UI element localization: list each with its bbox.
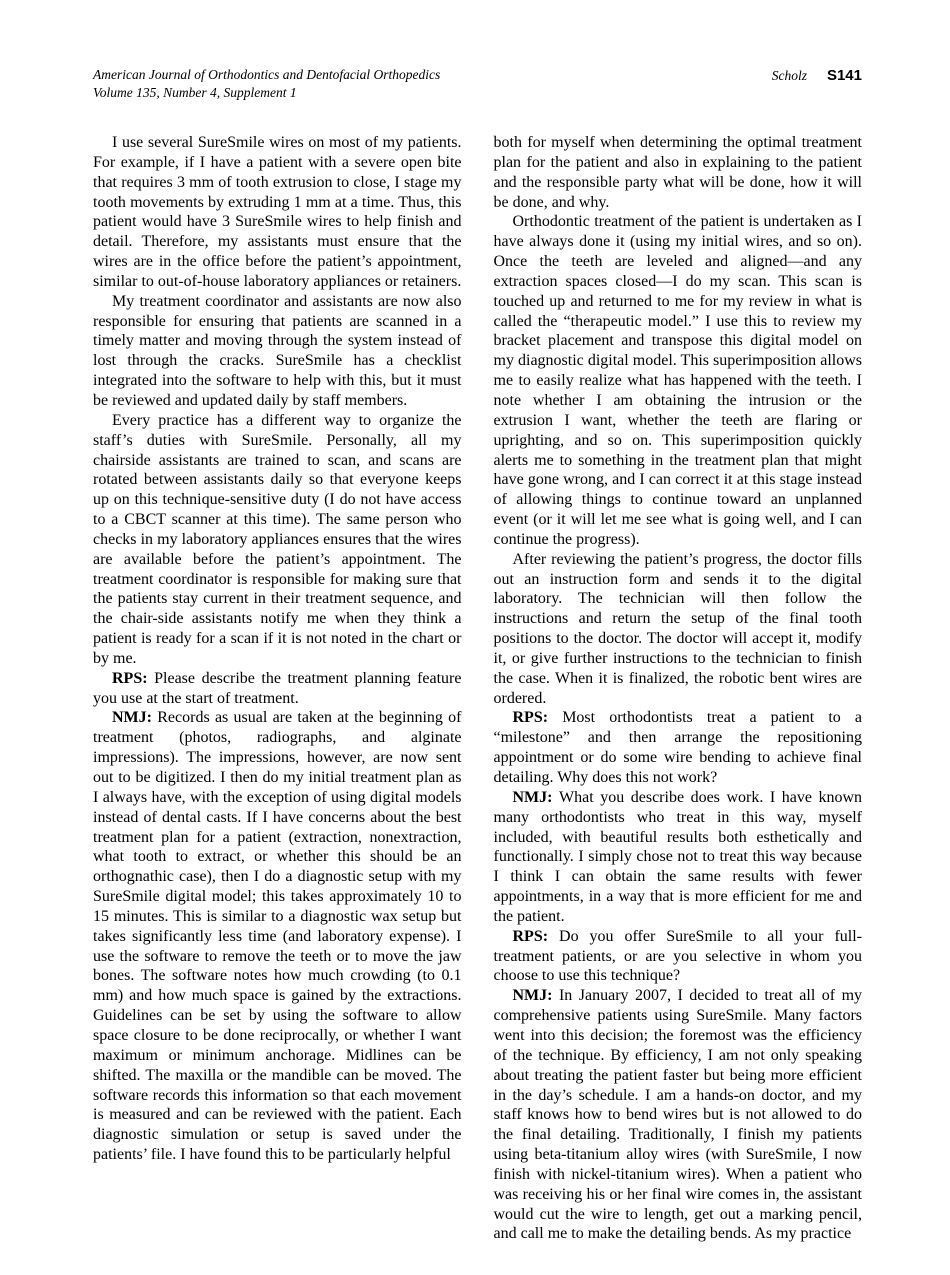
paragraph: RPS: Most orthodontists treat a patient … <box>494 708 863 787</box>
speaker-label: RPS: <box>112 670 154 687</box>
speaker-label: RPS: <box>513 928 560 945</box>
paragraph: After reviewing the patient’s progress, … <box>494 550 863 709</box>
journal-issue: Volume 135, Number 4, Supplement 1 <box>93 84 440 102</box>
paragraph: both for myself when determining the opt… <box>494 133 863 212</box>
paragraph: I use several SureSmile wires on most of… <box>93 133 462 292</box>
paragraph: Orthodontic treatment of the patient is … <box>494 212 863 549</box>
paragraph: RPS: Do you offer SureSmile to all your … <box>494 927 863 987</box>
paragraph: NMJ: Records as usual are taken at the b… <box>93 708 462 1164</box>
page-header: American Journal of Orthodontics and Den… <box>93 66 862 102</box>
speaker-label: NMJ: <box>513 987 559 1004</box>
paragraph: NMJ: In January 2007, I decided to treat… <box>494 986 863 1244</box>
paragraph: My treatment coordinator and assistants … <box>93 292 462 411</box>
running-head: Scholz S141 <box>772 66 862 85</box>
journal-page: American Journal of Orthodontics and Den… <box>0 0 950 1275</box>
journal-title: American Journal of Orthodontics and Den… <box>93 66 440 84</box>
article-body: I use several SureSmile wires on most of… <box>93 133 862 1244</box>
page-number: S141 <box>827 67 862 84</box>
speaker-label: NMJ: <box>513 789 560 806</box>
speaker-label: NMJ: <box>112 709 157 726</box>
paragraph: Every practice has a different way to or… <box>93 411 462 669</box>
paragraph: RPS: Please describe the treatment plann… <box>93 669 462 709</box>
right-column: both for myself when determining the opt… <box>494 133 863 1244</box>
journal-info: American Journal of Orthodontics and Den… <box>93 66 440 102</box>
speaker-label: RPS: <box>513 709 563 726</box>
paragraph: NMJ: What you describe does work. I have… <box>494 788 863 927</box>
author-name: Scholz <box>772 68 807 83</box>
left-column: I use several SureSmile wires on most of… <box>93 133 462 1244</box>
